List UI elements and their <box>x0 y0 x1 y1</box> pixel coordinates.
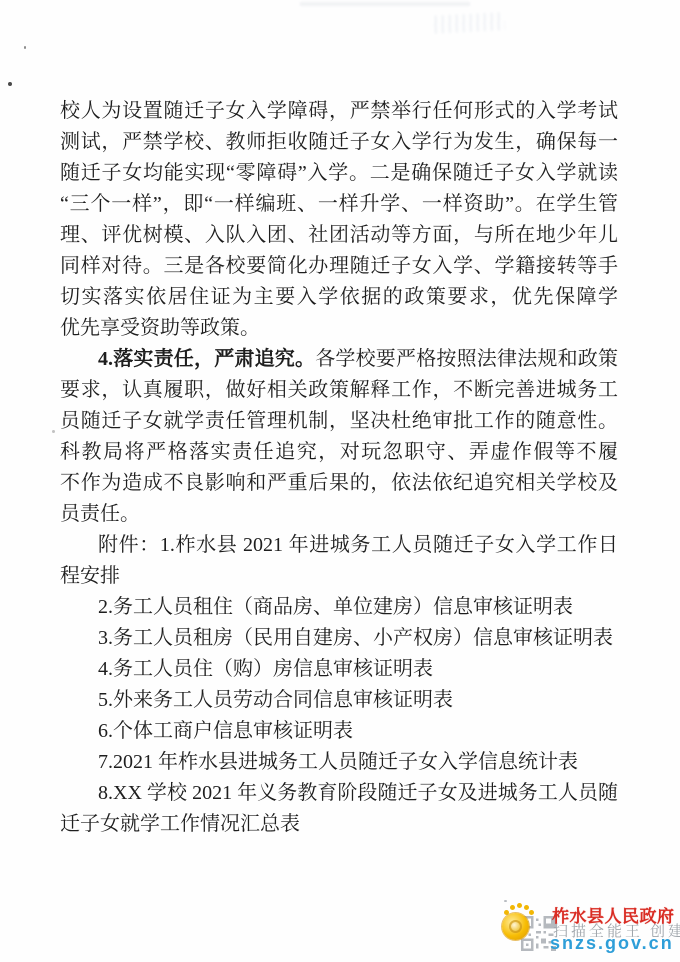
attachment-item: 4.务工人员住（购）房信息审核证明表 <box>60 654 618 685</box>
section-heading-line: 4.落实责任，严肃追究。各学校要严格按照法律法规和政策 <box>60 344 618 375</box>
document-text-block: 校人为设置随迁子女入学障碍，严禁举行任何形式的入学考试或 测试，严禁学校、教师拒… <box>60 96 618 840</box>
body-line: 员随迁子女就学责任管理机制，坚决杜绝审批工作的随意性。县 <box>60 406 618 437</box>
scan-speck <box>8 82 12 86</box>
attachment-item: 7.2021 年柞水县进城务工人员随迁子女入学信息统计表 <box>60 747 618 778</box>
attachment-item: 5.外来务工人员劳动合同信息审核证明表 <box>60 685 618 716</box>
body-line: 不作为造成不良影响和严重后果的，依法依纪追究相关学校及人 <box>60 468 618 499</box>
attachment-item: 6.个体工商户信息审核证明表 <box>60 716 618 747</box>
body-line: 随迁子女均能实现“零障碍”入学。二是确保随迁子女入学就读 <box>60 158 618 189</box>
attachments-label-line: 附件：1.柞水县 2021 年进城务工人员随迁子女入学工作日 <box>60 530 618 561</box>
body-line: 理、评优树模、入队入团、社团活动等方面，与所在地少年儿童 <box>60 220 618 251</box>
scan-streak-artifact <box>300 2 470 6</box>
scanner-watermark: 扫描全能王 创建 柞水县人民政府 snzs.gov.cn <box>500 900 680 962</box>
gov-url-text: snzs.gov.cn <box>550 933 674 954</box>
body-line: “三个一样”，即“一样编班、一样升学、一样资助”。在学生管 <box>60 189 618 220</box>
scan-speck <box>52 430 55 433</box>
body-line: 员责任。 <box>60 499 618 530</box>
attachment-item: 8.XX 学校 2021 年义务教育阶段随迁子女及进城务工人员随 <box>60 778 618 809</box>
body-line: 同样对待。三是各校要简化办理随迁子女入学、学籍接转等手续， <box>60 251 618 282</box>
attachment-item: 3.务工人员租房（民用自建房、小产权房）信息审核证明表 <box>60 623 618 654</box>
scan-smudge-artifact <box>430 12 506 34</box>
body-line: 要求，认真履职，做好相关政策解释工作，不断完善进城务工人 <box>60 375 618 406</box>
body-line: 切实落实依居住证为主要入学依据的政策要求，优先保障学位、 <box>60 282 618 313</box>
body-line: 科教局将严格落实责任追究，对玩忽职守、弄虚作假等不履职、 <box>60 437 618 468</box>
body-line: 校人为设置随迁子女入学障碍，严禁举行任何形式的入学考试或 <box>60 96 618 127</box>
body-line: 优先享受资助等政策。 <box>60 313 618 344</box>
body-line: 测试，严禁学校、教师拒收随迁子女入学行为发生，确保每一位 <box>60 127 618 158</box>
gov-stamp-text: 柞水县人民政府 <box>552 902 675 927</box>
attachment-item: 2.务工人员租住（商品房、单位建房）信息审核证明表 <box>60 592 618 623</box>
attachment-item-cont: 迁子女就学工作情况汇总表 <box>60 809 618 840</box>
section-heading: 4.落实责任，严肃追究。 <box>98 348 315 370</box>
scan-speck <box>24 46 26 49</box>
attachments-cont-line: 程安排 <box>60 561 618 592</box>
gold-coin-logo-icon <box>502 913 529 940</box>
section-heading-rest: 各学校要严格按照法律法规和政策 <box>315 348 618 370</box>
